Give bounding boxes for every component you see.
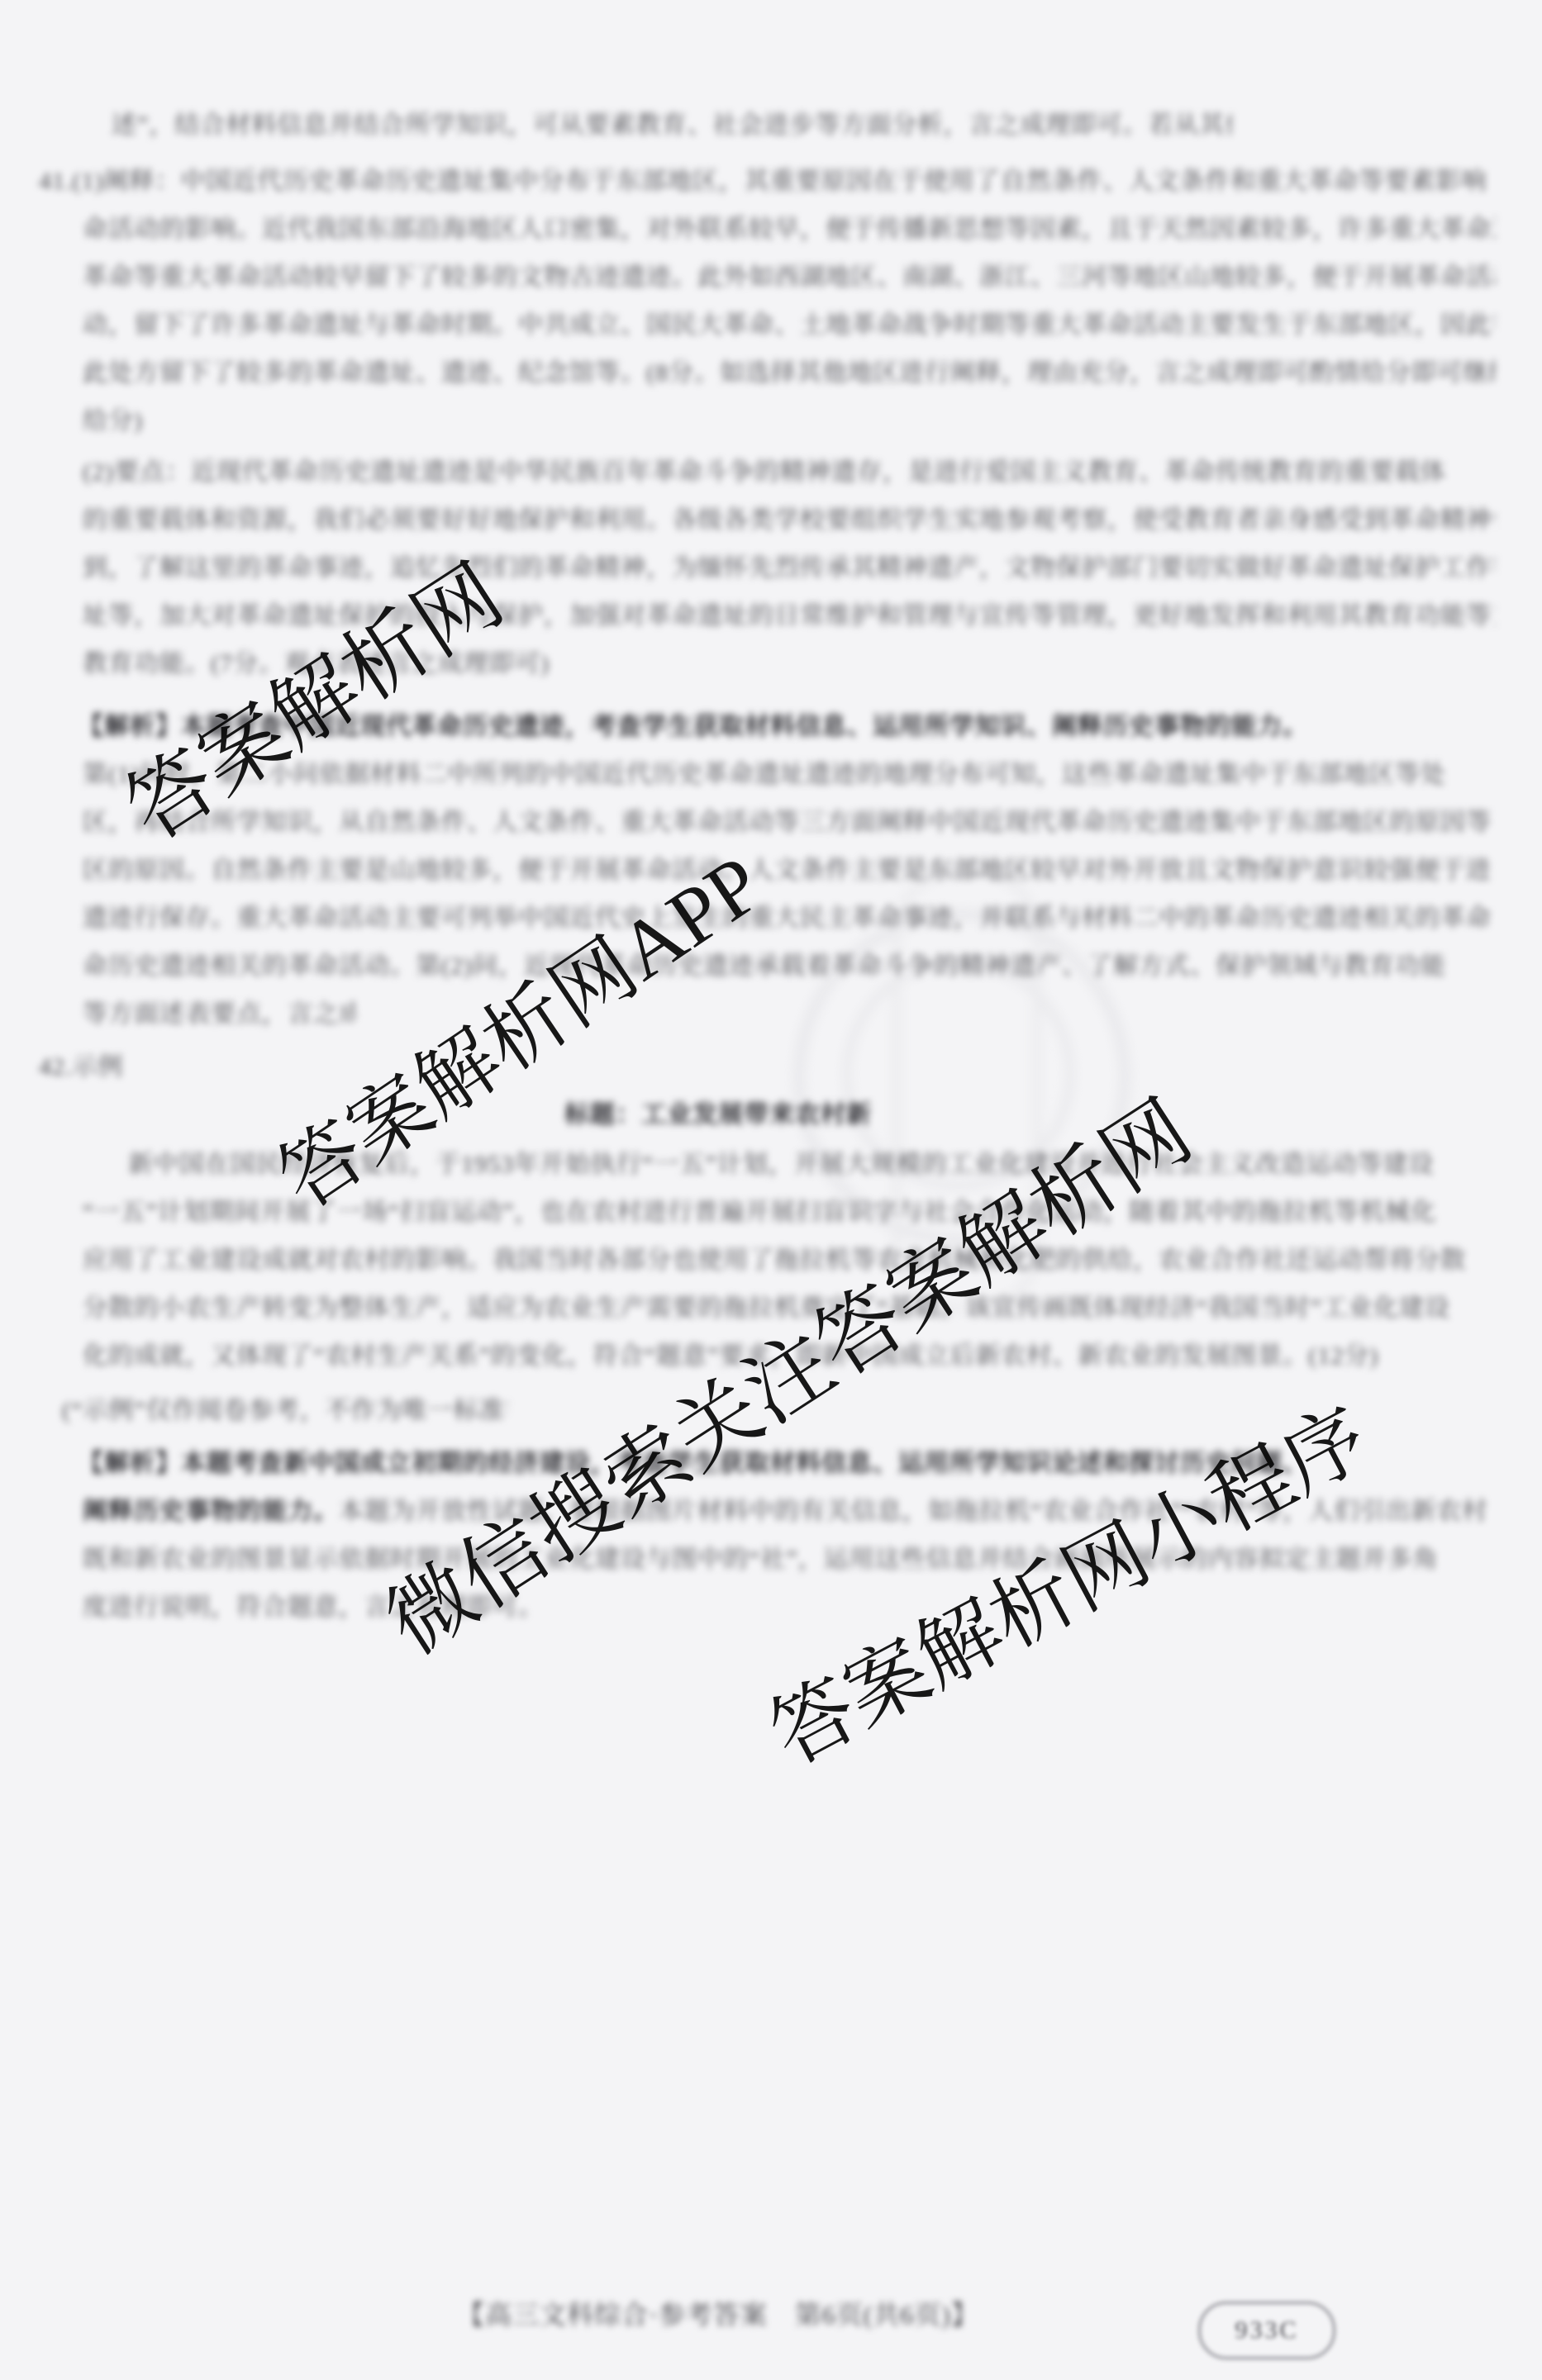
blurred-line-2-1: (2)要点：近现代革命历史遗址遗迹是中华民族百年革命斗争的精神遗存，是进行爱国主… [83, 456, 1496, 491]
blurred-line-x1-5: 遗迹行保存。重大革命活动主要可列举中国近代史上发生的重大民主革命事迹，并联系与材… [83, 902, 1496, 937]
blurred-line-2-2: 的重要载体和资源，我们必须要好好地保护和利用。各级各类学校要组织学生实地参观考察… [83, 504, 1496, 539]
blurred-line-41-5: 此处方留下了较多的革命遗址、遗迹、纪念馆等。(8分。如选择其他地区进行阐释，理由… [83, 357, 1496, 392]
blurred-line-x2-3: 既和新农业的图景显示依据时期开展的工业化建设与图中的“社”，运用这些信息并结合画… [83, 1543, 1496, 1578]
blurred-line-42-2: “一五”计划期间开展了一场“扫盲运动”，也在农村进行普遍开展扫盲识字与社会合作化… [83, 1196, 1496, 1231]
blurred-line-cont: 述”，结合材料信息并结合所学知识，可从要素教育、社会进步等方面分析，言之成理即可… [112, 109, 1231, 144]
blurred-line-title: 标题：工业发展带来农村新貌 [564, 1099, 870, 1133]
blurred-line-41-6: 给分) [83, 405, 182, 439]
blurred-line-41-3: 革命等重大革命活动较早留下了较多的文物古迹遗迹。此外如西湖地区、南湖、浙江、三河… [83, 261, 1496, 296]
exam-answer-page: 述”，结合材料信息并结合所学知识，可从要素教育、社会进步等方面分析，言之成理即可… [0, 0, 1542, 2380]
blurred-line-42-3: 应用了工业建设成就对农村的影响。我国当时各部分也使用了拖拉机等农业机械和化肥的供… [83, 1244, 1496, 1279]
paper-code-box: 933C [1198, 2302, 1335, 2359]
blurred-line-x1-4: 区的原因。自然条件主要是山地较多，便于开展革命活动。人文条件主要是东部地区较早对… [83, 854, 1496, 889]
blurred-line-x1-7: 等方面述表要点，言之成理即可。 [83, 998, 355, 1033]
blurred-line-42: 42.示例 [39, 1051, 155, 1085]
blurred-line-41-2: 命活动的影响。近代我国东部沿海地区人口密集，对外联系较早，便于传播新思想等因素，… [83, 213, 1496, 248]
blurred-line-2-3: 到，了解这里的革命事迹，追忆先烈们的革命精神，为缅怀先烈传承其精神遗产，文物保护… [83, 552, 1496, 587]
paper-code: 933C [1235, 2316, 1298, 2344]
watermark-4: 答案解析网小程序 [746, 1372, 1386, 1788]
footer-page-label: 【高三文科综合·参考答案 第6页(共6页)】 [458, 2298, 1086, 2333]
blurred-line-41-1: 41.(1)阐释：中国近代历史革命历史遗址集中分布于东部地区，其重要原因在于使用… [39, 165, 1496, 200]
blurred-line-x1-3: 区，再结合所学知识，从自然条件、人文条件、重大革命活动等三方面阐释中国近现代革命… [83, 806, 1496, 841]
blurred-line-41-4: 动，留下了许多革命遗址与革命时期。中共成立、国民大革命、土地革命战争时期等重大革… [83, 309, 1496, 344]
blurred-line-2-4: 址等，加大对革命遗址保护的投入与保护，加强对革命遗址的日常维护和管理与宣传等管理… [83, 600, 1496, 634]
blurred-line-x1-6: 命历史遗迹相关的革命活动。第(2)问，近现代革命历史遗迹承载着革命斗争的精神遗产… [83, 950, 1496, 985]
blurred-line-42-note: (“示例”仅作阅卷参考，不作为唯一标准答案) [62, 1394, 508, 1429]
